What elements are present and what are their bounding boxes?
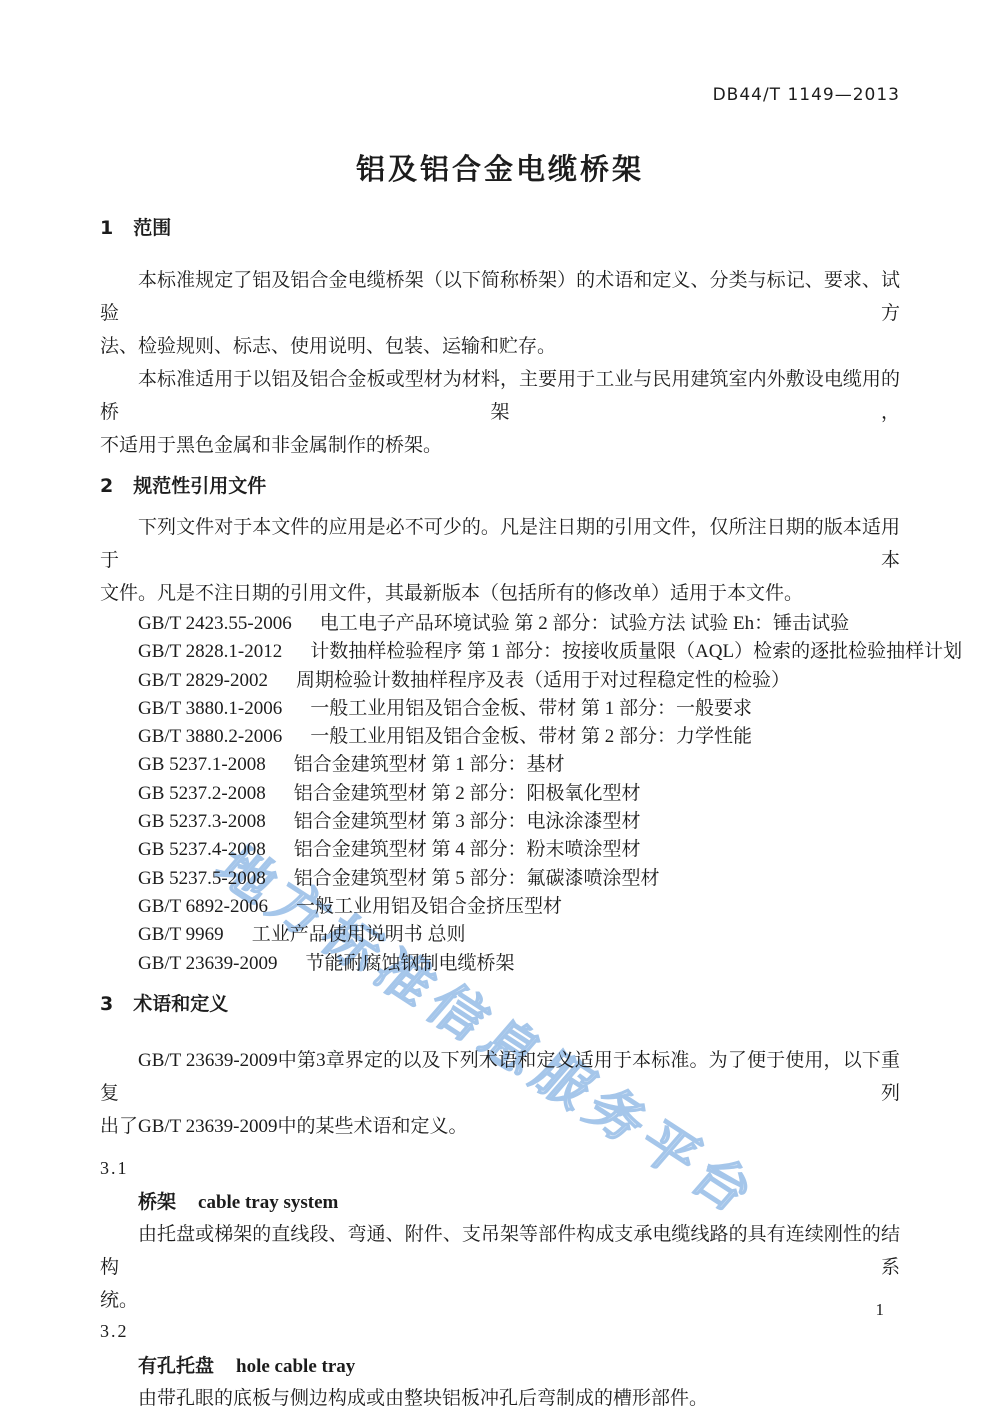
reference-title: 周期检验计数抽样程序及表（适用于对过程稳定性的检验） <box>296 670 790 691</box>
reference-row: GB 5237.4-2008铝合金建筑型材 第 4 部分：粉末喷涂型材 <box>138 836 900 864</box>
document-page: 地方标准信息服务平台 DB44/T 1149—2013 铝及铝合金电缆桥架 1范… <box>0 0 1000 1412</box>
reference-code: GB/T 3880.1-2006 <box>138 695 282 723</box>
reference-code: GB/T 3880.2-2006 <box>138 723 282 751</box>
reference-code: GB/T 23639-2009 <box>138 950 278 978</box>
reference-row: GB/T 2423.55-2006电工电子产品环境试验 第 2 部分：试验方法 … <box>138 610 900 638</box>
reference-code: GB/T 2423.55-2006 <box>138 610 292 638</box>
section-number: 3 <box>100 989 113 1019</box>
normative-intro-line: 下列文件对于本文件的应用是必不可少的。凡是注日期的引用文件，仅所注日期的版本适用… <box>100 511 900 577</box>
scope-paragraph-line: 本标准适用于以铝及铝合金板或型材为材料，主要用于工业与民用建筑室内外敷设电缆用的… <box>100 363 900 429</box>
section-label: 范围 <box>133 217 171 239</box>
reference-row: GB 5237.2-2008铝合金建筑型材 第 2 部分：阳极氧化型材 <box>138 780 900 808</box>
section-heading-normative: 2规范性引用文件 <box>100 471 900 501</box>
term-title: 桥架cable tray system <box>100 1187 900 1218</box>
term-definition-line: 统。 <box>100 1284 900 1317</box>
reference-row: GB 5237.3-2008铝合金建筑型材 第 3 部分：电泳涂漆型材 <box>138 808 900 836</box>
reference-row: GB/T 2828.1-2012计数抽样检验程序 第 1 部分：按接收质量限（A… <box>138 638 900 666</box>
reference-code: GB 5237.4-2008 <box>138 836 266 864</box>
term-definition-line: 由带孔眼的底板与侧边构成或由整块铝板冲孔后弯制成的槽形部件。 <box>100 1382 900 1412</box>
terms-intro-line: GB/T 23639-2009中第3章界定的以及下列术语和定义适用于本标准。为了… <box>100 1044 900 1110</box>
term-en: hole cable tray <box>236 1356 355 1377</box>
normative-intro-line: 文件。凡是不注日期的引用文件，其最新版本（包括所有的修改单）适用于本文件。 <box>100 577 900 610</box>
page-number: 1 <box>876 1300 885 1320</box>
reference-row: GB/T 9969工业产品使用说明书 总则 <box>138 921 900 949</box>
term-zh: 有孔托盘 <box>138 1351 214 1381</box>
reference-row: GB/T 3880.2-2006一般工业用铝及铝合金板、带材 第 2 部分：力学… <box>138 723 900 751</box>
reference-code: GB/T 2828.1-2012 <box>138 638 282 666</box>
reference-code: GB/T 9969 <box>138 921 224 949</box>
doc-title: 铝及铝合金电缆桥架 <box>100 147 900 191</box>
reference-row: GB/T 2829-2002周期检验计数抽样程序及表（适用于对过程稳定性的检验） <box>138 667 900 695</box>
reference-code: GB 5237.3-2008 <box>138 808 266 836</box>
reference-code: GB/T 6892-2006 <box>138 893 268 921</box>
reference-code: GB 5237.5-2008 <box>138 865 266 893</box>
scope-paragraph-line: 不适用于黑色金属和非金属制作的桥架。 <box>100 429 900 462</box>
reference-title: 节能耐腐蚀钢制电缆桥架 <box>306 953 515 974</box>
term-definition-line: 由托盘或梯架的直线段、弯通、附件、支吊架等部件构成支承电缆线路的具有连续刚性的结… <box>100 1218 900 1284</box>
term-number: 3.1 <box>100 1155 900 1181</box>
scope-paragraph-line: 本标准规定了铝及铝合金电缆桥架（以下简称桥架）的术语和定义、分类与标记、要求、试… <box>100 264 900 330</box>
reference-list: GB/T 2423.55-2006电工电子产品环境试验 第 2 部分：试验方法 … <box>100 610 900 978</box>
section-number: 1 <box>100 213 113 243</box>
term-number: 3.2 <box>100 1318 900 1344</box>
term-title: 有孔托盘hole cable tray <box>100 1351 900 1382</box>
reference-row: GB 5237.5-2008铝合金建筑型材 第 5 部分：氟碳漆喷涂型材 <box>138 865 900 893</box>
section-number: 2 <box>100 471 113 501</box>
reference-title: 一般工业用铝及铝合金板、带材 第 2 部分：力学性能 <box>310 726 752 747</box>
reference-title: 一般工业用铝及铝合金挤压型材 <box>296 896 562 917</box>
reference-title: 铝合金建筑型材 第 3 部分：电泳涂漆型材 <box>294 811 641 832</box>
doc-code: DB44/T 1149—2013 <box>100 85 900 105</box>
reference-title: 工业产品使用说明书 总则 <box>252 924 466 945</box>
reference-title: 铝合金建筑型材 第 5 部分：氟碳漆喷涂型材 <box>294 868 660 889</box>
reference-code: GB 5237.1-2008 <box>138 751 266 779</box>
reference-row: GB/T 23639-2009节能耐腐蚀钢制电缆桥架 <box>138 950 900 978</box>
section-heading-scope: 1范围 <box>100 213 900 243</box>
term-zh: 桥架 <box>138 1187 176 1217</box>
term-en: cable tray system <box>198 1192 338 1213</box>
section-heading-terms: 3术语和定义 <box>100 989 900 1019</box>
reference-code: GB/T 2829-2002 <box>138 667 268 695</box>
page-content: DB44/T 1149—2013 铝及铝合金电缆桥架 1范围 本标准规定了铝及铝… <box>0 0 1000 1412</box>
reference-row: GB/T 6892-2006一般工业用铝及铝合金挤压型材 <box>138 893 900 921</box>
terms-intro-line: 出了GB/T 23639-2009中的某些术语和定义。 <box>100 1110 900 1143</box>
section-label: 规范性引用文件 <box>133 475 266 497</box>
reference-code: GB 5237.2-2008 <box>138 780 266 808</box>
reference-title: 电工电子产品环境试验 第 2 部分：试验方法 试验 Eh：锤击试验 <box>320 613 849 634</box>
section-label: 术语和定义 <box>133 993 228 1015</box>
reference-title: 铝合金建筑型材 第 1 部分：基材 <box>294 754 565 775</box>
reference-title: 一般工业用铝及铝合金板、带材 第 1 部分：一般要求 <box>310 698 752 719</box>
reference-row: GB/T 3880.1-2006一般工业用铝及铝合金板、带材 第 1 部分：一般… <box>138 695 900 723</box>
reference-row: GB 5237.1-2008铝合金建筑型材 第 1 部分：基材 <box>138 751 900 779</box>
reference-title: 铝合金建筑型材 第 2 部分：阳极氧化型材 <box>294 783 641 804</box>
reference-title: 计数抽样检验程序 第 1 部分：按接收质量限（AQL）检索的逐批检验抽样计划 <box>310 641 962 662</box>
scope-paragraph-line: 法、检验规则、标志、使用说明、包装、运输和贮存。 <box>100 330 900 363</box>
reference-title: 铝合金建筑型材 第 4 部分：粉末喷涂型材 <box>294 839 641 860</box>
